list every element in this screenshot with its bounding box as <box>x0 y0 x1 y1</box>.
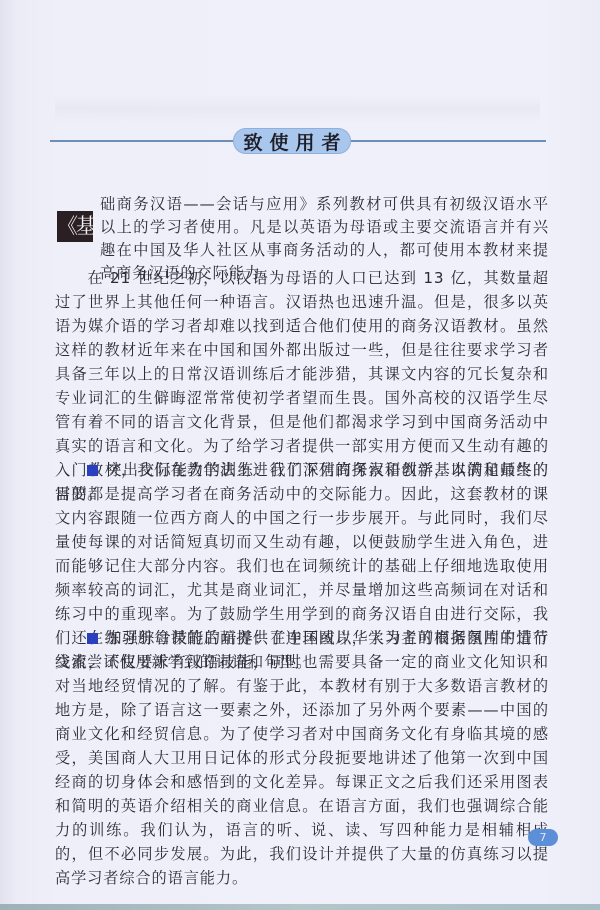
faded-header-band <box>55 95 540 123</box>
drop-cap: 《基 <box>57 211 93 242</box>
square-bullet-icon <box>87 633 98 644</box>
page-bottom-edge <box>0 904 600 910</box>
paragraph-integrated-skills: 加强综合技能的培养：在中国或以华人为主的商务氛围中进行交流，不仅要求有汉语技能，… <box>55 626 549 890</box>
paragraph-integrated-skills-text: 加强综合技能的培养：在中国或以华人为主的商务氛围中进行交流，不仅要求有汉语技能，… <box>55 629 549 887</box>
page-number-badge: 7 <box>528 829 558 846</box>
title-badge: 致使用者 <box>233 128 351 154</box>
page-title: 致使用者 <box>236 128 347 155</box>
square-bullet-icon <box>87 465 98 476</box>
